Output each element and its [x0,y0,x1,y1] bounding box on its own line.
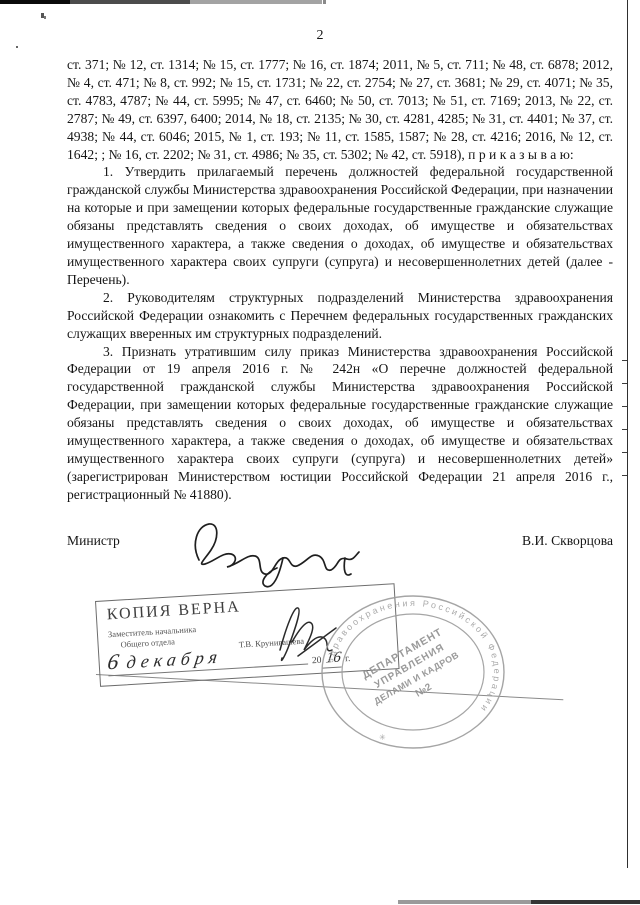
scan-artifact-top-edge [0,0,322,4]
scan-artifact-top-tick [323,0,326,4]
round-department-stamp: здравоохранения Российской Федерации ДЕП… [316,592,510,752]
paragraph-item-1: 1. Утвердить прилагаемый перечень должно… [67,163,613,288]
paragraph-item-2: 2. Руководителям структурных подразделен… [67,289,613,343]
scan-artifact-bottom-edge [398,900,640,904]
handwritten-month: декабря [125,646,224,673]
scanned-document-page: 2 ст. 371; № 12, ст. 1314; № 15, ст. 177… [0,0,640,905]
paragraph-legal-citations: ст. 371; № 12, ст. 1314; № 15, ст. 1777;… [67,56,613,163]
round-stamp-line-4: №2 [414,681,434,699]
signature-row: Министр В.И. Скворцова [67,526,613,572]
document-body: ст. 371; № 12, ст. 1314; № 15, ст. 1777;… [67,56,613,572]
page-number: 2 [0,28,640,44]
handwritten-day: 6 [106,648,123,675]
scan-artifact-right-edge-ticks [622,338,627,498]
copy-stamp-title: КОПИЯ ВЕРНА [106,598,241,624]
signer-name: В.И. Скворцова [522,532,613,550]
round-stamp-star-icon: ✳ [379,733,386,742]
scan-artifact-right-edge-line [627,0,628,868]
minister-signature-icon [185,514,370,594]
paragraph-item-3: 3. Признать утратившим силу приказ Минис… [67,343,613,504]
scan-speck [44,16,46,19]
scan-speck [16,46,18,48]
signer-title: Министр [67,532,120,550]
